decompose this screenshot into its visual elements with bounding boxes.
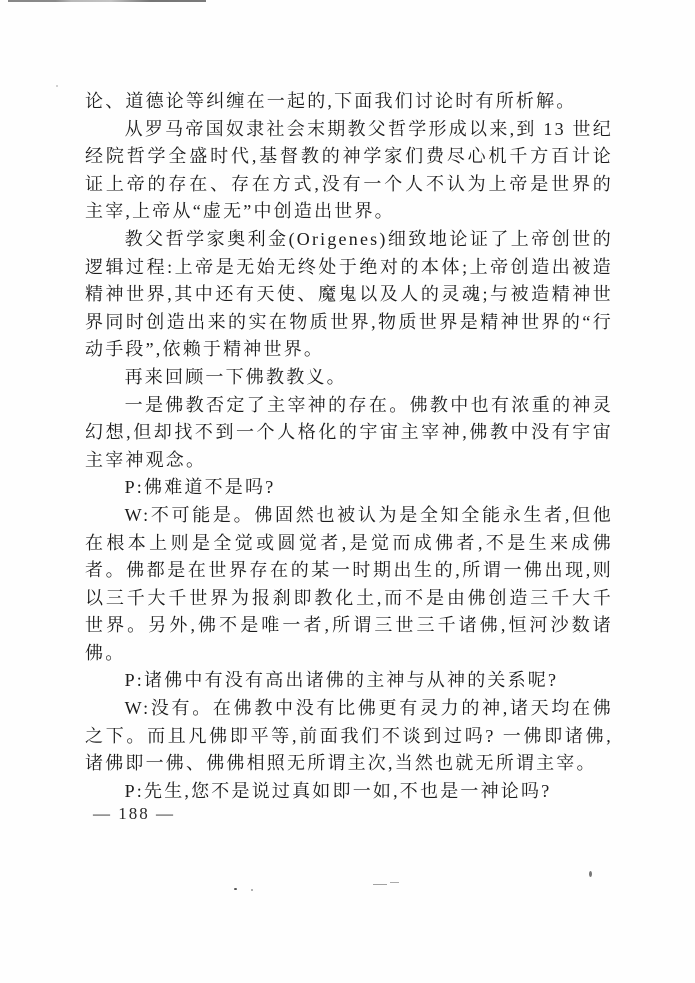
dialogue-line-p: P:先生,您不是说过真如即一如,不也是一神论吗?	[85, 778, 613, 806]
scanned-book-page: 论、道德论等纠缠在一起的,下面我们讨论时有所析解。 从罗马帝国奴隶社会末期教父哲…	[0, 0, 695, 983]
scan-speck	[234, 888, 237, 890]
scan-speck	[251, 889, 253, 891]
scan-artifact-top-line	[8, 0, 206, 2]
dialogue-line-w: W:没有。在佛教中没有比佛更有灵力的神,诸天均在佛之下。而且凡佛即平等,前面我们…	[85, 695, 613, 778]
scan-speck	[373, 884, 387, 885]
page-text-block: 论、道德论等纠缠在一起的,下面我们讨论时有所析解。 从罗马帝国奴隶社会末期教父哲…	[85, 88, 613, 805]
paragraph: 再来回顾一下佛教教义。	[85, 364, 613, 392]
paragraph: 教父哲学家奥利金(Origenes)细致地论证了上帝创世的逻辑过程:上帝是无始无…	[85, 226, 613, 364]
dialogue-line-w: W:不可能是。佛固然也被认为是全知全能永生者,但他在根本上则是全觉或圆觉者,是觉…	[85, 502, 613, 668]
scan-speck	[56, 85, 58, 87]
dialogue-line-p: P:诸佛中有没有高出诸佛的主神与从神的关系呢?	[85, 667, 613, 695]
scan-speck	[589, 871, 592, 877]
page-number: — 188 —	[93, 804, 175, 824]
scan-speck	[390, 882, 399, 883]
paragraph-continuation: 论、道德论等纠缠在一起的,下面我们讨论时有所析解。	[85, 88, 613, 116]
paragraph: 一是佛教否定了主宰神的存在。佛教中也有浓重的神灵幻想,但却找不到一个人格化的宇宙…	[85, 392, 613, 475]
paragraph: 从罗马帝国奴隶社会末期教父哲学形成以来,到 13 世纪经院哲学全盛时代,基督教的…	[85, 116, 613, 226]
dialogue-line-p: P:佛难道不是吗?	[85, 474, 613, 502]
